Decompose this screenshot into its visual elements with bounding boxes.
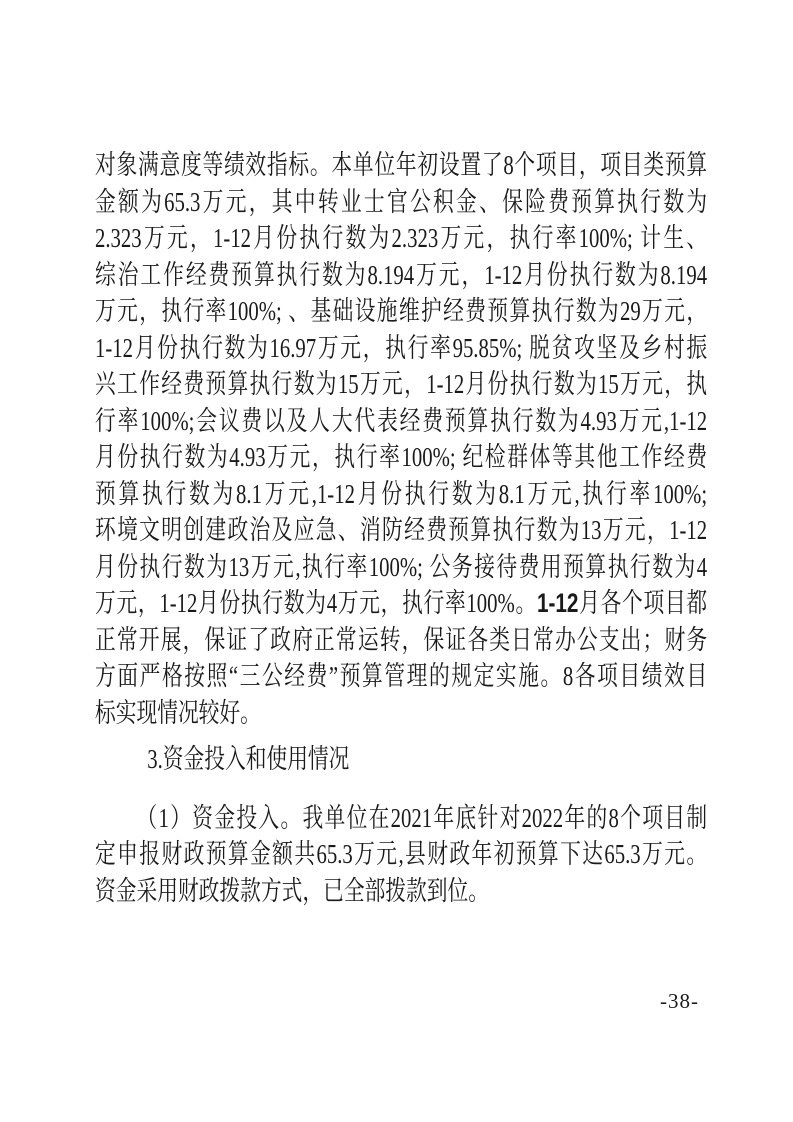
section-heading: 3.资金投入和使用情况 <box>95 741 707 778</box>
text-segment: 正常开展，保证了政府正常运转，保证各类日常办公支出；财务 <box>95 625 707 655</box>
text-segment: 预算执行数为8.1万元,1-12月份执行数为8.1万元,执行率100%; <box>95 479 707 509</box>
text-line: 资金采用财政拨款方式，已全部拨款到位。 <box>95 873 707 910</box>
text-line: 正常开展，保证了政府正常运转，保证各类日常办公支出；财务 <box>95 622 707 659</box>
text-line: 1-12月份执行数为16.97万元，执行率95.85%; 脱贫攻坚及乡村振 <box>95 330 707 367</box>
text-segment: 综治工作经费预算执行数为8.194万元，1-12月份执行数为8.194 <box>95 260 707 290</box>
text-segment: 月份执行数为13万元,执行率100%; 公务接待费用预算执行数为4 <box>95 552 707 582</box>
text-segment: 环境文明创建政治及应急、消防经费预算执行数为13万元，1-12 <box>95 515 707 545</box>
text-segment: 行率100%;会议费以及人大代表经费预算执行数为4.93万元,1-12 <box>95 406 707 436</box>
text-line: 综治工作经费预算执行数为8.194万元，1-12月份执行数为8.194 <box>95 257 707 294</box>
text-segment: 万元，1-12月份执行数为4万元，执行率100%。 <box>95 588 537 618</box>
text-line: 兴工作经费预算执行数为15万元，1-12月份执行数为15万元，执 <box>95 366 707 403</box>
text-line: 万元，执行率100%; 、基础设施维护经费预算执行数为29万元， <box>95 293 707 330</box>
text-segment: 兴工作经费预算执行数为15万元，1-12月份执行数为15万元，执 <box>95 369 707 399</box>
text-segment: 定申报财政预算金额共65.3万元,县财政年初预算下达65.3万元。 <box>95 839 707 869</box>
text-segment: 方面严格按照“三公经费”预算管理的规定实施。8各项目绩效目 <box>95 661 707 691</box>
paragraph-budget-execution: 对象满意度等绩效指标。本单位年初设置了8个项目，项目类预算金额为65.3万元，其… <box>95 147 707 731</box>
text-segment: 金额为65.3万元，其中转业士官公积金、保险费预算执行数为 <box>95 187 707 217</box>
text-line: 对象满意度等绩效指标。本单位年初设置了8个项目，项目类预算 <box>95 147 707 184</box>
text-line: 2.323万元，1-12月份执行数为2.323万元，执行率100%; 计生、 <box>95 220 707 257</box>
text-line: 定申报财政预算金额共65.3万元,县财政年初预算下达65.3万元。 <box>95 836 707 873</box>
text-segment: 标实现情况较好。 <box>95 698 261 728</box>
text-line: 预算执行数为8.1万元,1-12月份执行数为8.1万元,执行率100%; <box>95 476 707 513</box>
text-segment: 月份执行数为4.93万元，执行率100%; 纪检群体等其他工作经费 <box>95 442 707 472</box>
page-number: -38- <box>660 988 699 1014</box>
text-line: 月份执行数为4.93万元，执行率100%; 纪检群体等其他工作经费 <box>95 439 707 476</box>
text-line: 方面严格按照“三公经费”预算管理的规定实施。8各项目绩效目 <box>95 658 707 695</box>
text-line: 万元，1-12月份执行数为4万元，执行率100%。1-12月各个项目都 <box>95 585 707 622</box>
text-line: 月份执行数为13万元,执行率100%; 公务接待费用预算执行数为4 <box>95 549 707 586</box>
text-line: 标实现情况较好。 <box>95 695 707 732</box>
document-page: 对象满意度等绩效指标。本单位年初设置了8个项目，项目类预算金额为65.3万元，其… <box>0 0 793 1122</box>
text-segment: 2.323万元，1-12月份执行数为2.323万元，执行率100%; 计生、 <box>95 223 707 253</box>
text-line: 金额为65.3万元，其中转业士官公积金、保险费预算执行数为 <box>95 184 707 221</box>
text-segment: 1-12月份执行数为16.97万元，执行率95.85%; 脱贫攻坚及乡村振 <box>95 333 707 363</box>
text-segment: 资金采用财政拨款方式，已全部拨款到位。 <box>95 876 489 906</box>
text-line: （1）资金投入。我单位在2021年底针对2022年的8个项目制 <box>95 800 707 837</box>
text-line: 环境文明创建政治及应急、消防经费预算执行数为13万元，1-12 <box>95 512 707 549</box>
text-line: 行率100%;会议费以及人大代表经费预算执行数为4.93万元,1-12 <box>95 403 707 440</box>
paragraph-fund-input: （1）资金投入。我单位在2021年底针对2022年的8个项目制定申报财政预算金额… <box>95 800 707 910</box>
bold-highlight-text: 1-12 <box>537 588 579 618</box>
text-segment: 月各个项目都 <box>578 588 707 618</box>
text-segment: 万元，执行率100%; 、基础设施维护经费预算执行数为29万元， <box>95 296 707 326</box>
text-segment: 对象满意度等绩效指标。本单位年初设置了8个项目，项目类预算 <box>95 150 707 180</box>
text-segment: （1）资金投入。我单位在2021年底针对2022年的8个项目制 <box>136 803 707 833</box>
document-text-block: 对象满意度等绩效指标。本单位年初设置了8个项目，项目类预算金额为65.3万元，其… <box>95 147 707 909</box>
